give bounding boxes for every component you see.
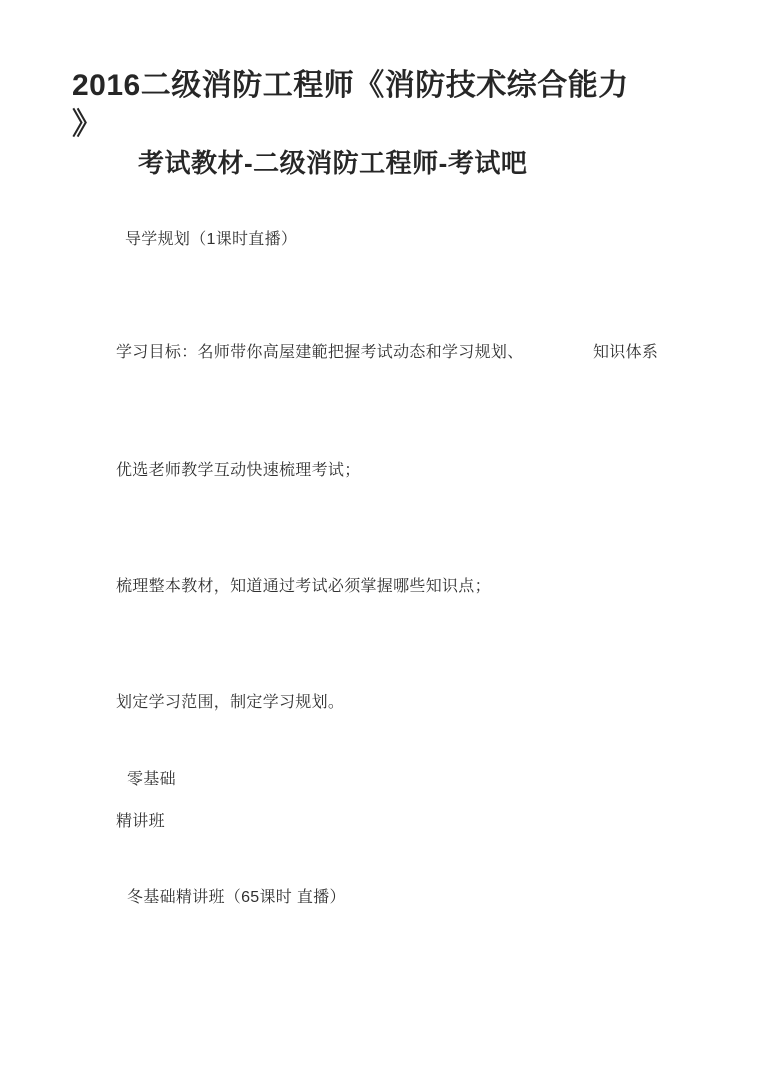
paragraph-intensive-class: 精讲班 — [116, 810, 165, 833]
page-title-line1: 2016二级消防工程师《消防技术综合能力 — [72, 66, 692, 105]
paragraph-winter-basis-class: 冬基础精讲班（65课时 直播） — [127, 886, 346, 909]
paragraph-learning-goal: 学习目标：名师带你高屋建範把握考试动态和学习规划、 知识体系 — [116, 341, 716, 364]
page-title: 2016二级消防工程师《消防技术综合能力 》 — [72, 66, 692, 144]
paragraph-study-scope: 划定学习范围，制定学习规划。 — [116, 691, 344, 714]
page-title-line2: 》 — [72, 105, 692, 144]
paragraph-teacher-interaction: 优选老师教学互动快速梳理考试； — [116, 459, 361, 482]
paragraph-zero-basis: 零基础 — [127, 768, 176, 791]
paragraph-comb-textbook: 梳理整本教材，知道通过考试必须掌握哪些知识点； — [116, 575, 491, 598]
paragraph-guide-plan: 导学规划（1课时直播） — [125, 228, 297, 251]
learning-goal-text: 学习目标：名师带你高屋建範把握考试动态和学习规划、 — [116, 344, 524, 361]
document-page: 2016二级消防工程师《消防技术综合能力 》 考试教材-二级消防工程师-考试吧 … — [0, 0, 763, 1080]
learning-goal-knowledge-system: 知识体系 — [593, 341, 658, 364]
page-subtitle: 考试教材-二级消防工程师-考试吧 — [138, 143, 527, 180]
